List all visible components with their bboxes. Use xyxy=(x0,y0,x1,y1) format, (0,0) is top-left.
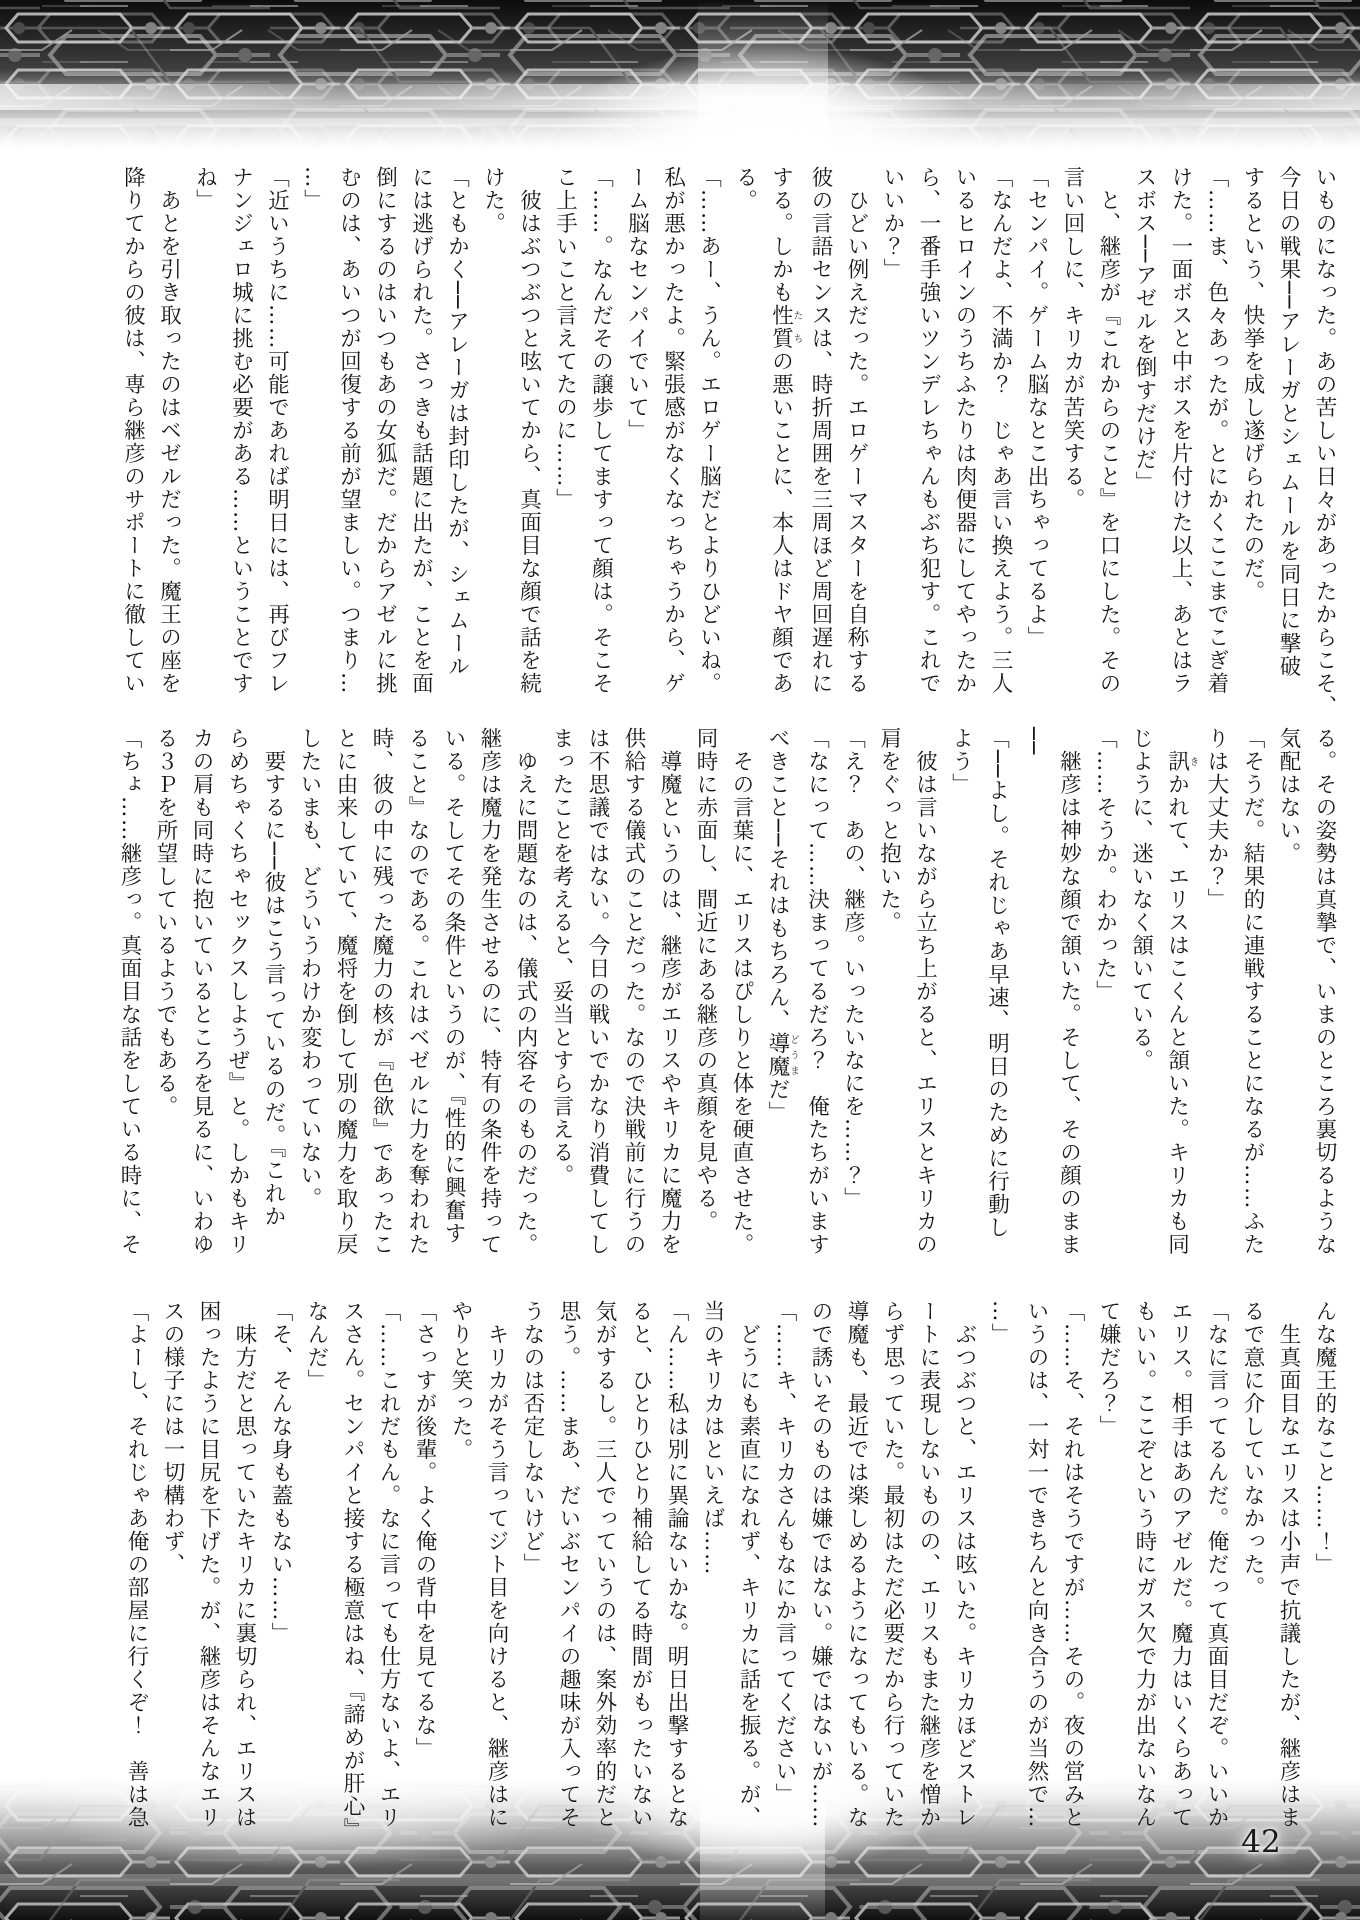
text-column: 継彦は神妙な顔で頷いた。そして、その顔のまま xyxy=(1051,727,1087,1283)
text-column: ね」 xyxy=(187,166,223,722)
text-column: 「よーし、それじゃあ俺の部屋に行くぞ！ 善は急 xyxy=(118,1300,154,1856)
text-column: 「ん……私は別に異論ないかな。明日出撃するとな xyxy=(658,1300,694,1856)
text-column: 「……ま、色々あったが。とにかくここまでこぎ着 xyxy=(1198,166,1234,722)
text-column: 訊きかれて、エリスはこくんと頷いた。キリカも同 xyxy=(1159,727,1199,1283)
text-column: けた。 xyxy=(475,166,511,722)
text-column: と、継彦が『これからのこと』を口にした。その xyxy=(1090,166,1126,722)
text-column: ナンジェロ城に挑む必要がある……ということです xyxy=(223,166,259,722)
text-column: る３Ｐを所望しているようでもある。 xyxy=(147,727,183,1283)
text-column: いる。そしてその条件というのが、『性的に興奮す xyxy=(435,727,471,1283)
text-column: 「……。なんだその譲歩してますって顔は。そこそ xyxy=(583,166,619,722)
text-column: ること』なのである。これはベゼルに力を奪われた xyxy=(399,727,435,1283)
text-column: 「なんだよ、不満か？ じゃあ言い換えよう。三人 xyxy=(982,166,1018,722)
text-column: 気がするし。三人でっていうのは、案外効率的だと xyxy=(586,1300,622,1856)
text-column: むのは、あいつが回復する前が望ましい。つまり… xyxy=(331,166,367,722)
text-column: 「さっすが後輩。よく俺の背中を見てるな」 xyxy=(406,1300,442,1856)
text-column: 生真面目なエリスは小声で抗議したが、継彦はま xyxy=(1270,1300,1306,1856)
text-column: 同時に赤面し、間近にある継彦の真顔を見やる。 xyxy=(687,727,723,1283)
text-column: ると、ひとりひとり補給してる時間がもったいない xyxy=(622,1300,658,1856)
text-column: 「……そ、それはそうですが……その。夜の営みと xyxy=(1054,1300,1090,1856)
text-column: 私が悪かったよ。緊張感がなくなっちゃうから、ゲ xyxy=(655,166,691,722)
text-column: うなのは否定しないけど」 xyxy=(514,1300,550,1856)
text-column: 困ったように目尻を下げた。が、継彦はそんなエリ xyxy=(190,1300,226,1856)
text-band-2: る。その姿勢は真摯で、いまのところ裏切るような気配はない。「そうだ。結果的に連戦… xyxy=(111,727,1342,1283)
text-column: 時、彼の中に残った魔力の核が『色欲』であったこ xyxy=(363,727,399,1283)
text-column: 倒にするのはいつもあの女狐だ。だからアゼルに挑 xyxy=(367,166,403,722)
text-column: りは大丈夫か？」 xyxy=(1198,727,1234,1283)
text-column: には逃げられた。さっきも話題に出たが、ことを面 xyxy=(403,166,439,722)
text-column: あとを引き取ったのはベゼルだった。魔王の座を xyxy=(151,166,187,722)
text-column: いいか？」 xyxy=(874,166,910,722)
text-column: 肩をぐっと抱いた。 xyxy=(871,727,907,1283)
text-column: いものになった。あの苦しい日々があったからこそ、 xyxy=(1306,166,1342,722)
text-column: 「なに言ってるんだ。俺だって真面目だぞ。いいか xyxy=(1198,1300,1234,1856)
text-column: 「ちょ……継彦っ。真面目な話をしている時に、そ xyxy=(111,727,147,1283)
text-column: んな魔王的なこと……！」 xyxy=(1306,1300,1342,1856)
text-column: いうのは、一対一できちんと向き合うのが当然で… xyxy=(1018,1300,1054,1856)
text-column: ぶつぶつと、エリスは呟いた。キリカほどストレ xyxy=(946,1300,982,1856)
text-column: 供給する儀式のことだった。なので決戦前に行うの xyxy=(615,727,651,1283)
text-column: べきこと──それはもちろん、導魔どうまだ」 xyxy=(759,727,799,1283)
text-column: どうにも素直になれず、キリカに話を振る。が、 xyxy=(730,1300,766,1856)
text-column: 「……これだもん。なに言っても仕方ないよ、エリ xyxy=(370,1300,406,1856)
text-column: するという、快挙を成し遂げられたのだ。 xyxy=(1234,166,1270,722)
text-column: 「ともかく──アレーガは封印したが、シェムール xyxy=(439,166,475,722)
text-column: スの様子には一切構わず、 xyxy=(154,1300,190,1856)
text-column: らめちゃくちゃセックスしようぜ』と。しかもキリ xyxy=(219,727,255,1283)
text-column: 「そうだ。結果的に連戦することになるが……ふた xyxy=(1234,727,1270,1283)
text-column: 「そ、そんな身も蓋もない……」 xyxy=(262,1300,298,1856)
text-column: 降りてからの彼は、専ら継彦のサポートに徹してい xyxy=(115,166,151,722)
text-column: スさん。センパイと接する極意はね、『諦めが肝心』 xyxy=(334,1300,370,1856)
text-column: もいい。ここぞという時にガス欠で力が出ないなん xyxy=(1126,1300,1162,1856)
text-column: スボス──アゼルを倒すだけだ」 xyxy=(1126,166,1162,722)
text-column: 「センパイ。ゲーム脳なとこ出ちゃってるよ」 xyxy=(1018,166,1054,722)
text-column: ので誘いそのものは嫌ではない。嫌ではないが…… xyxy=(802,1300,838,1856)
text-column: 味方だと思っていたキリカに裏切られ、エリスは xyxy=(226,1300,262,1856)
text-column: まったことを考えると、妥当とすら言える。 xyxy=(543,727,579,1283)
text-column: よう」 xyxy=(943,727,979,1283)
text-column: 彼は言いながら立ち上がると、エリスとキリカの xyxy=(907,727,943,1283)
text-column: 導魔というのは、継彦がエリスやキリカに魔力を xyxy=(651,727,687,1283)
text-column: る。 xyxy=(727,166,763,722)
text-column: ーム脳なセンパイでいて」 xyxy=(619,166,655,722)
text-column: 今日の戦果──アレーガとシェムールを同日に撃破 xyxy=(1270,166,1306,722)
text-column: カの肩も同時に抱いているところを見るに、いわゆ xyxy=(183,727,219,1283)
text-column: したいまも、どういうわけか変わっていない。 xyxy=(291,727,327,1283)
text-column: キリカがそう言ってジト目を向けると、継彦はに xyxy=(478,1300,514,1856)
text-column: て嫌だろ？」 xyxy=(1090,1300,1126,1856)
text-column: こ上手いこと言えてたのに……」 xyxy=(547,166,583,722)
page-number: 42 xyxy=(1226,1824,1296,1860)
text-column: 気配はない。 xyxy=(1270,727,1306,1283)
text-column: エリス。相手はあのアゼルだ。魔力はいくらあって xyxy=(1162,1300,1198,1856)
text-column: 思う。……まあ、だいぶセンパイの趣味が入ってそ xyxy=(550,1300,586,1856)
top-circuit-art xyxy=(0,0,1360,150)
text-column: 「──よし。それじゃあ早速、明日のために行動し xyxy=(979,727,1015,1283)
text-column: 彼はぶつぶつと呟いてから、真面目な顔で話を続 xyxy=(511,166,547,722)
top-circuit-border xyxy=(0,0,1360,150)
text-band-3: んな魔王的なこと……！」 生真面目なエリスは小声で抗議したが、継彦はまるで意に介… xyxy=(118,1300,1342,1856)
text-column: ら、一番手強いツンデレちゃんもぶち犯す。これで xyxy=(910,166,946,722)
text-column: 継彦は魔力を発生させるのに、特有の条件を持って xyxy=(471,727,507,1283)
text-column: その言葉に、エリスはぴしりと体を硬直させた。 xyxy=(723,727,759,1283)
text-column: 彼の言語センスは、時折周囲を三周ほど周回遅れに xyxy=(802,166,838,722)
text-column: 「……そうか。わかった」 xyxy=(1087,727,1123,1283)
text-column: ── xyxy=(1015,727,1051,1283)
text-column: …」 xyxy=(295,166,331,722)
text-band-1: いものになった。あの苦しい日々があったからこそ、今日の戦果──アレーガとシェムー… xyxy=(115,166,1343,722)
text-column: 当のキリカはといえば…… xyxy=(694,1300,730,1856)
text-column: 導魔も、最近では楽しめるようになってもいる。な xyxy=(838,1300,874,1856)
text-column: けた。一面ボスと中ボスを片付けた以上、あとはラ xyxy=(1162,166,1198,722)
text-column: 「なにって……決まってるだろ？ 俺たちがいます xyxy=(799,727,835,1283)
text-column: 要するに──彼はこう言っているのだ。『これか xyxy=(255,727,291,1283)
text-column: ートに表現しないものの、エリスもまた継彦を憎か xyxy=(910,1300,946,1856)
text-column: 「え？ あの、継彦。いったいなにを……？」 xyxy=(835,727,871,1283)
text-column: やりと笑った。 xyxy=(442,1300,478,1856)
text-column: 「……キ、キリカさんもなにか言ってください」 xyxy=(766,1300,802,1856)
text-column: とに由来していて、魔将を倒して別の魔力を取り戻 xyxy=(327,727,363,1283)
text-column: ひどい例えだった。エロゲーマスターを自称する xyxy=(838,166,874,722)
text-column: は不思議ではない。今日の戦いでかなり消費してし xyxy=(579,727,615,1283)
text-column: じように、迷いなく頷いている。 xyxy=(1123,727,1159,1283)
text-column: ゆえに問題なのは、儀式の内容そのものだった。 xyxy=(507,727,543,1283)
text-column: 「……あー、うん。エロゲー脳だとよりひどいね。 xyxy=(691,166,727,722)
text-column: らず思っていた。最初はただ必要だから行っていた xyxy=(874,1300,910,1856)
text-column: なんだ」 xyxy=(298,1300,334,1856)
text-column: 言い回しに、キリカが苦笑する。 xyxy=(1054,166,1090,722)
text-column: する。しかも性質たちの悪いことに、本人はドヤ顔であ xyxy=(763,166,803,722)
text-column: …」 xyxy=(982,1300,1018,1856)
text-column: るで意に介していなかった。 xyxy=(1234,1300,1270,1856)
text-column: いるヒロインのうちふたりは肉便器にしてやったか xyxy=(946,166,982,722)
text-column: 「近いうちに……可能であれば明日には、再びフレ xyxy=(259,166,295,722)
text-column: る。その姿勢は真摯で、いまのところ裏切るような xyxy=(1306,727,1342,1283)
